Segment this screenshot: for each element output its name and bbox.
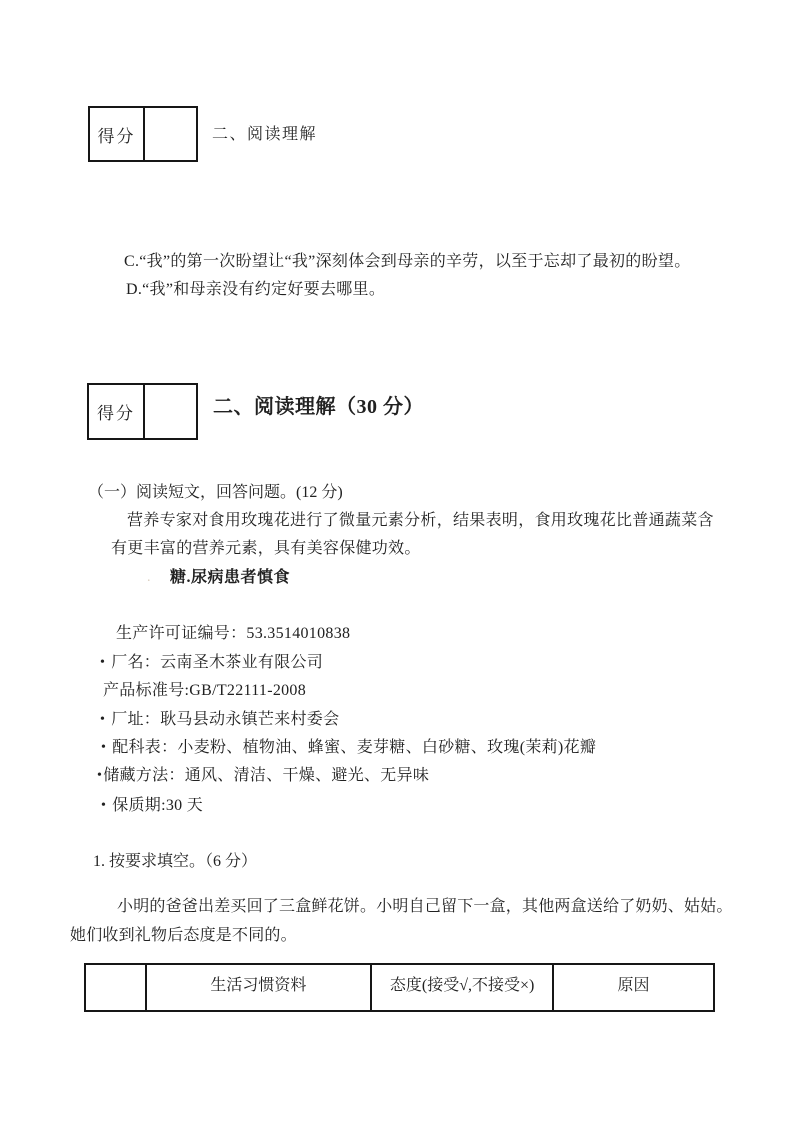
score-box-main: 得分: [87, 383, 198, 440]
score-box-top-value: [145, 108, 196, 160]
label-line-text: 配科表：小麦粉、植物油、蜂蜜、麦芽糖、白砂糖、玫瑰(茉莉)花瓣: [112, 739, 596, 756]
question-1-heading: 1. 按要求填空。（6 分）: [93, 848, 257, 871]
label-line-license: 生产许可证编号：53.3514010838: [110, 620, 350, 643]
score-box-main-value: [145, 385, 196, 438]
label-line-storage: •储藏方法：通风、清洁、干燥、避光、无异味: [97, 762, 429, 785]
score-box-main-label: 得分: [89, 385, 145, 438]
part-one-heading: （一）阅读短文，回答问题。(12 分): [88, 479, 343, 502]
question-1-body-line1: 小明的爸爸出差买回了三盒鲜花饼。小明自己留下一盒，其他两盒送给了奶奶、姑姑。: [117, 893, 733, 916]
label-line-text: 生产许可证编号：53.3514010838: [116, 625, 350, 642]
part-one-body-line1: 营养专家对食用玫瑰花进行了微量元素分析，结果表明，食用玫瑰花比普通蔬菜含: [127, 507, 714, 530]
bullet-icon: •: [101, 798, 106, 814]
document-page: 得分 二、阅读理解 C.“我”的第一次盼望让“我”深刻体会到母亲的辛劳，以至于忘…: [0, 0, 793, 1122]
part-one-body-line2: 有更丰富的营养元素，具有美容保健功效。: [111, 535, 421, 558]
faint-dot-mark: .: [147, 570, 151, 586]
label-line-standard: 产品标准号:GB/T22111-2008: [97, 677, 306, 700]
answer-table: 生活习惯资料 态度(接受√,不接受×) 原因: [84, 963, 715, 1012]
bullet-icon: •: [100, 712, 105, 728]
label-line-manufacturer: •厂名：云南圣木茶业有限公司: [100, 649, 323, 672]
bullet-icon: •: [101, 740, 106, 756]
score-box-top-label: 得分: [90, 108, 145, 160]
option-c-label: C.: [124, 253, 139, 270]
label-line-text: 保质期:30 天: [112, 797, 203, 814]
table-header-reason: 原因: [552, 965, 713, 1010]
label-line-text: 厂址：耿马县动永镇芒来村委会: [111, 711, 339, 728]
label-line-text: 厂名：云南圣木茶业有限公司: [111, 654, 323, 671]
label-line-text: 产品标准号:GB/T22111-2008: [103, 682, 306, 699]
table-header-attitude: 态度(接受√,不接受×): [370, 965, 552, 1010]
bullet-icon: •: [100, 655, 105, 671]
diabetes-warning-text: 糖.尿病患者慎食: [170, 564, 290, 587]
option-d-label: D.: [126, 281, 142, 298]
question-1-body-line2: 她们收到礼物后态度是不同的。: [70, 922, 297, 945]
option-c-text: “我”的第一次盼望让“我”深刻体会到母亲的辛劳，以至于忘却了最初的盼望。: [139, 253, 690, 270]
table-header-habit-info: 生活习惯资料: [145, 965, 371, 1010]
table-header-blank: [86, 965, 145, 1010]
option-d: D.“我”和母亲没有约定好要去哪里。: [126, 276, 385, 299]
option-d-text: “我”和母亲没有约定好要去哪里。: [142, 281, 385, 298]
label-line-ingredients: •配科表：小麦粉、植物油、蜂蜜、麦芽糖、白砂糖、玫瑰(茉莉)花瓣: [101, 734, 596, 757]
label-line-address: •厂址：耿马县动永镇芒来村委会: [100, 706, 339, 729]
section-title-main: 二、阅读理解（30 分）: [213, 390, 424, 419]
label-line-shelf-life: •保质期:30 天: [101, 792, 203, 815]
bullet-icon: •: [97, 768, 102, 784]
section-title-top: 二、阅读理解: [212, 121, 317, 144]
option-c: C.“我”的第一次盼望让“我”深刻体会到母亲的辛劳，以至于忘却了最初的盼望。: [124, 248, 691, 271]
label-line-text: 储藏方法：通风、清洁、干燥、避光、无异味: [103, 767, 429, 784]
score-box-top: 得分: [88, 106, 198, 162]
